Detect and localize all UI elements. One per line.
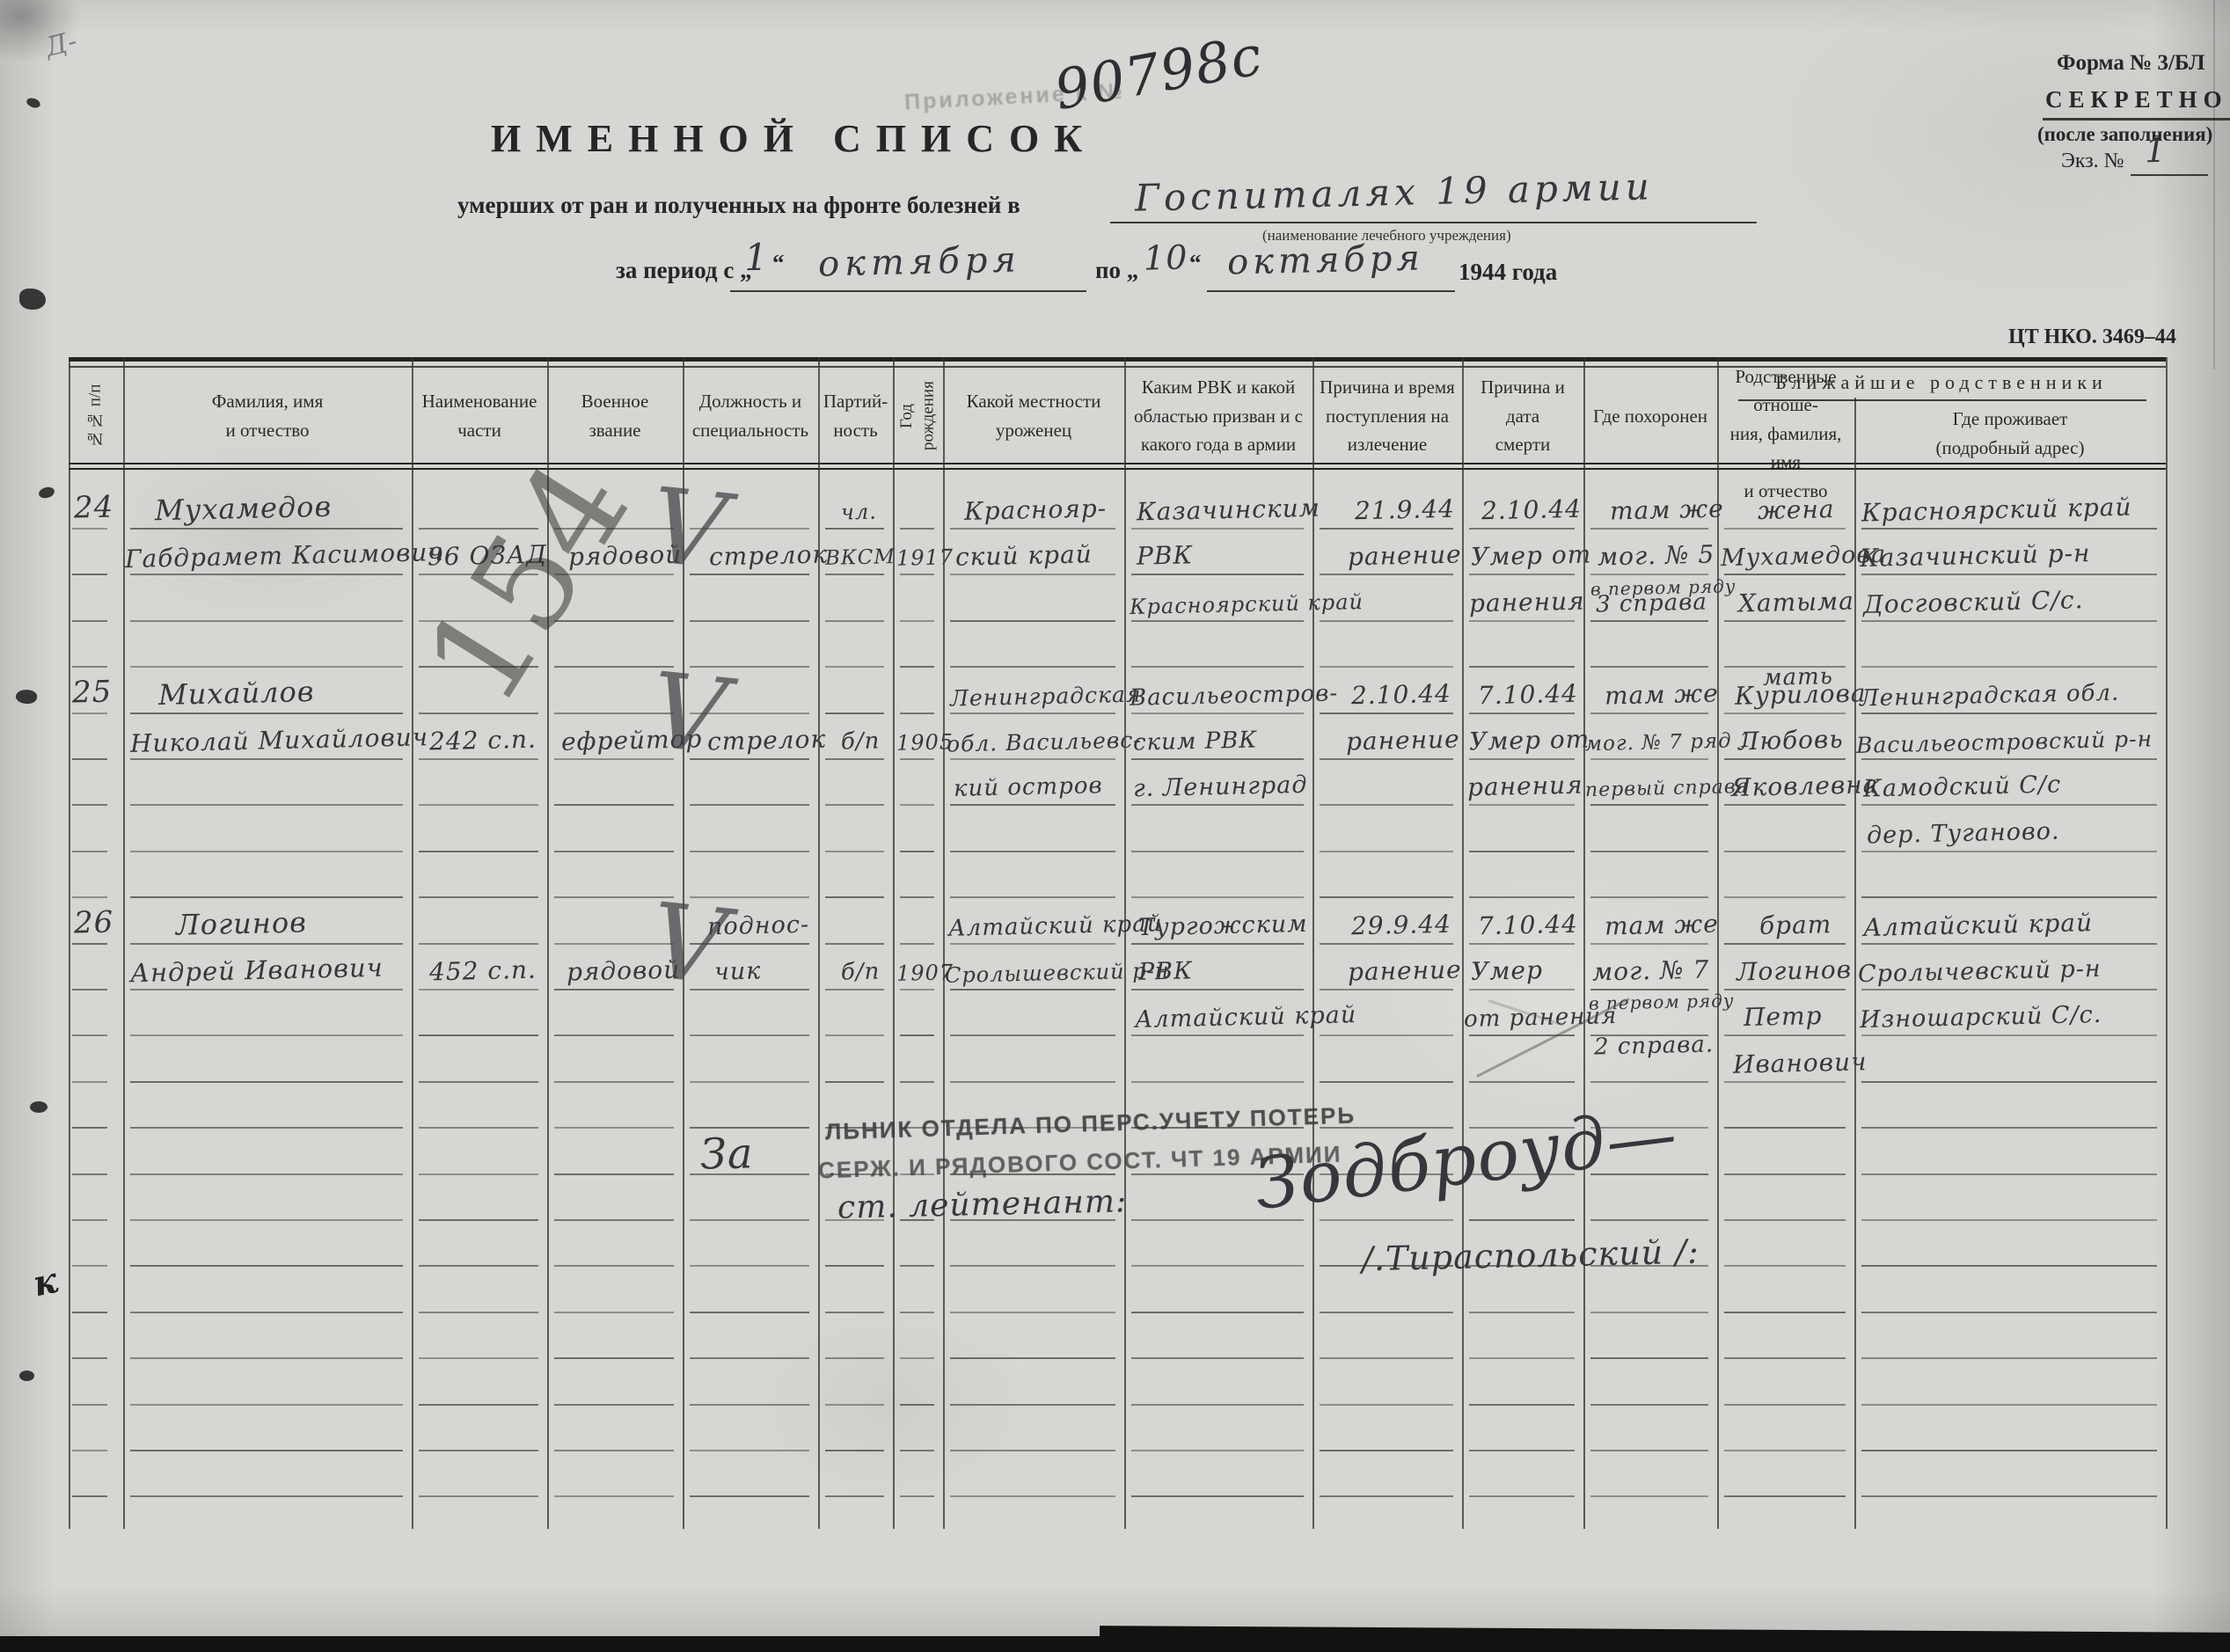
column-line [893,357,895,1529]
ruled-line [1590,1081,1708,1083]
hw-26-death: Умер [1471,958,1544,984]
ruled-line [72,1127,107,1129]
ruled-line [900,989,934,990]
ruled-line [1469,666,1575,668]
ruled-line [950,851,1115,852]
ruled-line [1861,1265,2157,1267]
ruled-line [1861,1450,2157,1451]
ruled-line [130,1219,403,1221]
hw-25-death: 7.10.44 [1478,681,1578,708]
col-header-relatives: Родственные отноше- ния, фамилия, имя и … [1719,403,1853,464]
col-header-admission: Причина и время поступления на излечение [1314,368,1460,464]
hole-mark [15,688,38,705]
hw-25-address: Камодский С/с [1863,773,2062,801]
hw-26-burial: там же [1605,911,1719,939]
ruled-line [419,1173,538,1175]
ruled-line [130,574,403,575]
ruled-line [419,1034,538,1036]
ruled-line [950,528,1115,530]
ruled-line [1131,574,1304,575]
ruled-line [1320,896,1453,898]
ruled-line [419,1495,538,1497]
hw-26-birthplace: Алтайский край [948,912,1163,940]
table-top-border [69,357,2166,362]
column-line [1124,357,1126,1529]
ruled-line [1469,1219,1575,1221]
ruled-line [1724,1495,1846,1497]
ruled-line [72,1081,107,1083]
col-header-burial: Где похоронен [1585,368,1715,464]
ruled-line [1469,620,1575,622]
ruled-line [950,1357,1115,1359]
ruled-line [825,1404,884,1406]
copy-label: Экз. № [2061,150,2124,173]
hw-24-admission: ранение [1348,543,1462,570]
ruled-line [825,713,884,714]
hw-25-address: Васильеостровский р-н [1856,727,2153,757]
ruled-line [825,1450,884,1451]
ruled-line [1469,528,1575,530]
ruled-line [1131,620,1304,622]
hw-25-party: б/п [841,730,881,754]
ruled-line [1131,1081,1304,1083]
hole-mark [38,486,55,500]
hw-26-admission: 29.9.44 [1351,911,1451,939]
hw-26-address: Алтайский край [1863,910,2094,940]
hw-25-burial: там же [1605,681,1719,708]
ruled-line [900,528,934,530]
ruled-line [950,713,1115,714]
ruled-line [419,1450,538,1451]
period-to-month: октября [1227,240,1425,280]
ruled-line [825,1265,884,1267]
ruled-line [825,1034,884,1036]
ruled-line [1469,804,1575,806]
ruled-line [1861,713,2157,714]
ruled-line [900,804,934,806]
ruled-line [1861,1219,2157,1221]
ruled-line [690,851,809,852]
ruled-line [1724,943,1846,945]
ruled-line [554,851,674,852]
ruled-line [900,758,934,760]
hw-24-death: Умер от [1471,543,1592,570]
ruled-line [690,1450,809,1451]
ruled-line [1590,1312,1708,1313]
hw-25-rvk: г. Ленинград [1133,773,1308,800]
checkmark-24: V [646,473,731,584]
ruled-line [72,1219,107,1221]
ruled-line [1590,1404,1708,1406]
ruled-line [1590,896,1708,898]
hw-26-birthplace: Сролышевский р-н [945,960,1170,986]
hospital-underline [1110,222,1757,223]
ruled-line [1320,620,1453,622]
hw-26-death: 7.10.44 [1478,911,1578,939]
ruled-line [130,1127,403,1129]
ruled-line [1320,804,1453,806]
ruled-line [1861,1081,2157,1083]
ruled-line [1590,1450,1708,1451]
hw-24-party: чл. [841,501,877,523]
ruled-line [130,1034,403,1036]
ruled-line [1861,1034,2157,1036]
hw-24-death: 2.10.44 [1481,497,1582,524]
col-header-year: Год рождения [895,368,941,464]
ruled-line [825,989,884,990]
ruled-line [1320,1357,1453,1359]
ruled-line [825,666,884,668]
hw-26-party: б/п [841,961,881,984]
col-header-rvk: Каким РВК и какой областью призван и с к… [1126,368,1311,464]
ruled-line [1320,989,1453,990]
ruled-line [825,1357,884,1359]
after-fill-label: (после заполнения) [2037,123,2212,146]
ruled-line [950,620,1115,622]
ruled-line [1724,528,1846,530]
ruled-line [130,896,403,898]
ruled-line [130,1495,403,1497]
ruled-line [1320,851,1453,852]
ruled-line [130,1404,403,1406]
hw-26-rvk: Алтайский край [1135,1004,1357,1033]
ruled-line [1131,1357,1304,1359]
ruled-line [1320,1312,1453,1313]
ruled-line [130,989,403,990]
ruled-line [1861,620,2157,622]
ruled-line [554,804,674,806]
za-hand: За [699,1132,754,1175]
ruled-line [554,1127,674,1129]
ruled-line [1590,574,1708,575]
ruled-line [130,1312,403,1313]
ruled-line [690,1357,809,1359]
ruled-line [1469,758,1575,760]
column-line [1583,357,1585,1529]
column-line [2166,357,2168,1529]
ruled-line [900,1495,934,1497]
ruled-line [72,574,107,575]
hw-25-birthplace: кий остров [954,774,1103,800]
hw-25-year: 1905 [896,731,954,753]
hw-24-year: 1917 [896,547,954,569]
ruled-line [1861,1404,2157,1406]
ruled-line [1469,989,1575,990]
ruled-line [1320,943,1453,945]
ruled-line [72,851,107,852]
ruled-line [1131,1404,1304,1406]
ruled-line [1590,528,1708,530]
col-header-rank: Военное звание [549,368,681,464]
ruled-line [1469,713,1575,714]
ruled-line [900,896,934,898]
ruled-line [1861,1357,2157,1359]
hw-24-num: 24 [74,492,114,523]
ruled-line [900,851,934,852]
to-underline [1207,290,1455,292]
ruled-line [72,1312,107,1313]
ruled-line [900,1265,934,1267]
hw-24-burial: там же [1610,497,1724,524]
ruled-line [950,943,1115,945]
ruled-line [1724,1081,1846,1083]
ruled-line [690,1265,809,1267]
ruled-line [1131,713,1304,714]
col-header-address: Где проживает (подробный адрес) [1856,403,2164,464]
ruled-line [1131,896,1304,898]
hw-24-birthplace: Краснояр- [964,496,1108,524]
ruled-line [1724,1265,1846,1267]
hw-26-relatives: Петр [1744,1004,1823,1030]
ruled-line [690,1495,809,1497]
ruled-line [1469,1450,1575,1451]
ruled-line [1861,896,2157,898]
ruled-line [825,851,884,852]
ruled-line [690,1034,809,1036]
ruled-line [1320,1219,1453,1221]
hw-26-admission: ранение [1348,958,1462,985]
bottom-edge-strip-right [1100,1626,2230,1652]
hospital-name-hand: Госпиталях 19 армии [1135,168,1655,216]
ruled-line [1724,1404,1846,1406]
ruled-line [1861,1173,2157,1175]
ruled-line [1131,1495,1304,1497]
ruled-line [72,804,107,806]
ruled-line [1131,666,1304,668]
col-header-death: Причина и дата смерти [1464,368,1582,464]
ruled-line [130,804,403,806]
ruled-line [950,1034,1115,1036]
ruled-line [72,1173,107,1175]
subtitle-printed: умерших от ран и полученных на фронте бо… [457,192,1020,219]
period-from-month: октября [818,242,1022,281]
ruled-line [1724,804,1846,806]
period-from-day: 1 [744,239,770,277]
hw-24-rvk: Казачинским [1137,496,1320,525]
ruled-line [419,1357,538,1359]
ruled-line [419,1312,538,1313]
ruled-line [72,620,107,622]
ruled-line [72,758,107,760]
ruled-line [1590,851,1708,852]
ruled-line [130,758,403,760]
po-prefix: по „ [1095,257,1138,284]
ruled-line [1861,943,2157,945]
ruled-line [1590,804,1708,806]
ruled-line [1320,1495,1453,1497]
ruled-line [72,989,107,990]
hw-25-death: ранения [1467,773,1583,800]
ruled-line [1724,1450,1846,1451]
hw-26-address: Изношарский С/с. [1860,1003,2102,1032]
ruled-line [825,943,884,945]
column-line [1462,357,1464,1529]
ruled-line [825,528,884,530]
ruled-line [72,1495,107,1497]
ruled-line [690,620,809,622]
ruled-line [1131,1450,1304,1451]
col-header-num: №№ п/п [70,368,121,464]
hw-25-num: 25 [72,676,113,707]
ruled-line [825,758,884,760]
hw-25-rvk: Васильеостров- [1130,682,1339,709]
right-edge-fold-line [2213,0,2215,369]
ruled-line [1131,528,1304,530]
ruled-line [1724,1312,1846,1313]
hw-25-admission: ранение [1346,727,1460,755]
ruled-line [690,1404,809,1406]
ruled-line [950,1312,1115,1313]
hw-26-relatives: Логинов [1736,958,1853,985]
form-number: Форма № 3/БЛ [2057,51,2204,76]
hole-mark [30,1101,48,1113]
ruled-line [690,804,809,806]
ruled-line [72,528,107,530]
ruled-line [1131,1034,1304,1036]
hw-25-burial: первый справа [1585,778,1749,800]
ruled-line [72,1404,107,1406]
ruled-line [690,1219,809,1221]
ruled-line [1469,1312,1575,1313]
ruled-line [1469,896,1575,898]
ruled-line [1861,758,2157,760]
hw-24-name: Габдрамет Касимович [125,540,444,572]
ruled-line [1861,804,2157,806]
hw-25-rvk: ским РВК [1133,728,1258,754]
rank-hand: ст. лейтенант: [837,1186,1128,1224]
ruled-line [1861,989,2157,990]
ruled-line [950,1265,1115,1267]
ruled-line [1590,620,1708,622]
ruled-line [1131,989,1304,990]
margin-pencil-mark: к [30,1263,62,1303]
ruled-line [950,804,1115,806]
ruled-line [1131,804,1304,806]
ruled-line [900,1450,934,1451]
ruled-line [900,574,934,575]
ruled-line [72,1265,107,1267]
hand-registration-number: 90798с [1050,28,1266,118]
ruled-line [554,1312,674,1313]
document-page: Д- Приложение к № 90798с Форма № 3/БЛ СЕ… [0,0,2230,1652]
hw-26-address: Сролычевский р-н [1858,957,2102,986]
secret-underline [2043,118,2230,121]
ruled-line [1590,1219,1708,1221]
ruled-line [1320,1081,1453,1083]
col-header-birthplace: Какой местности уроженец [945,368,1122,464]
hw-24-name: Мухамедов [155,493,333,525]
copy-underline [2131,174,2208,176]
ruled-line [1724,1173,1846,1175]
ruled-line [1131,1265,1304,1267]
ruled-line [950,758,1115,760]
ruled-line [825,574,884,575]
ruled-line [825,896,884,898]
column-line [412,357,413,1529]
period-to-day: 10 [1144,240,1188,274]
ruled-line [1724,1357,1846,1359]
ruled-line [554,1081,674,1083]
hw-25-relatives: Любовь [1738,727,1844,755]
ruled-line [1131,943,1304,945]
ruled-line [1320,758,1453,760]
hw-25-address: Ленинградская обл. [1860,681,2120,710]
ruled-line [950,1495,1115,1497]
ruled-line [419,1265,538,1267]
hw-24-address: Казачинский р-н [1860,541,2091,571]
hw-24-party: ВКСМ [825,547,896,569]
ruled-line [900,713,934,714]
hw-26-burial: 2 справа. [1594,1033,1715,1058]
hw-25-name: Николай Михайлович [130,725,429,757]
hole-mark [26,97,41,110]
ruled-line [900,620,934,622]
ruled-line [72,1357,107,1359]
ruled-line [554,1265,674,1267]
checkmark-25: V [646,657,731,768]
hw-24-address: Досговский С/с. [1863,588,2084,618]
ruled-line [1131,851,1304,852]
stamp-line-1: ЛЬНИК ОТДЕЛА ПО ПЕРС.УЧЕТУ ПОТЕРЬ [825,1102,1356,1146]
ruled-line [1469,1357,1575,1359]
hw-26-num: 26 [74,907,114,938]
ruled-line [1320,1034,1453,1036]
ruled-line [130,1357,403,1359]
ruled-line [950,1450,1115,1451]
ruled-line [1320,528,1453,530]
ruled-line [419,804,538,806]
ruled-line [130,528,403,530]
ruled-line [950,666,1115,668]
from-underline [730,290,1086,292]
ruled-line [825,1495,884,1497]
hw-26-rvk: Тургожским [1138,911,1308,939]
column-line [69,357,70,1529]
quote-to: “ [1189,250,1202,277]
ruled-line [1590,713,1708,714]
ruled-line [1724,989,1846,990]
form-code: ЦТ НКО. 3469–44 [2008,325,2176,349]
hw-25-address: дер. Туганово. [1867,819,2060,847]
ruled-line [554,1357,674,1359]
ruled-line [130,1081,403,1083]
column-line [943,357,945,1529]
ruled-line [1590,1357,1708,1359]
ruled-line [130,851,403,852]
hw-24-rvk: РВК [1137,544,1194,569]
ruled-line [1861,1127,2157,1129]
hw-26-name: Андрей Иванович [130,955,384,987]
ruled-line [1590,666,1708,668]
ruled-line [1131,758,1304,760]
hw-24-relatives: Хатыма [1738,588,1854,616]
ruled-line [690,1312,809,1313]
year-label: 1944 года [1459,259,1557,286]
ruled-line [900,1081,934,1083]
column-line [818,357,820,1529]
ruled-line [1724,1034,1846,1036]
period-prefix: за период с „ [616,257,752,284]
col-header-duty: Должность и специальность [684,368,816,464]
hw-24-death: ранения [1469,588,1585,616]
ruled-line [900,943,934,945]
ruled-line [1724,620,1846,622]
ruled-line [554,1219,674,1221]
ruled-line [72,666,107,668]
secret-label: СЕКРЕТНО [2045,86,2228,113]
ruled-line [900,1312,934,1313]
ruled-line [1724,574,1846,575]
